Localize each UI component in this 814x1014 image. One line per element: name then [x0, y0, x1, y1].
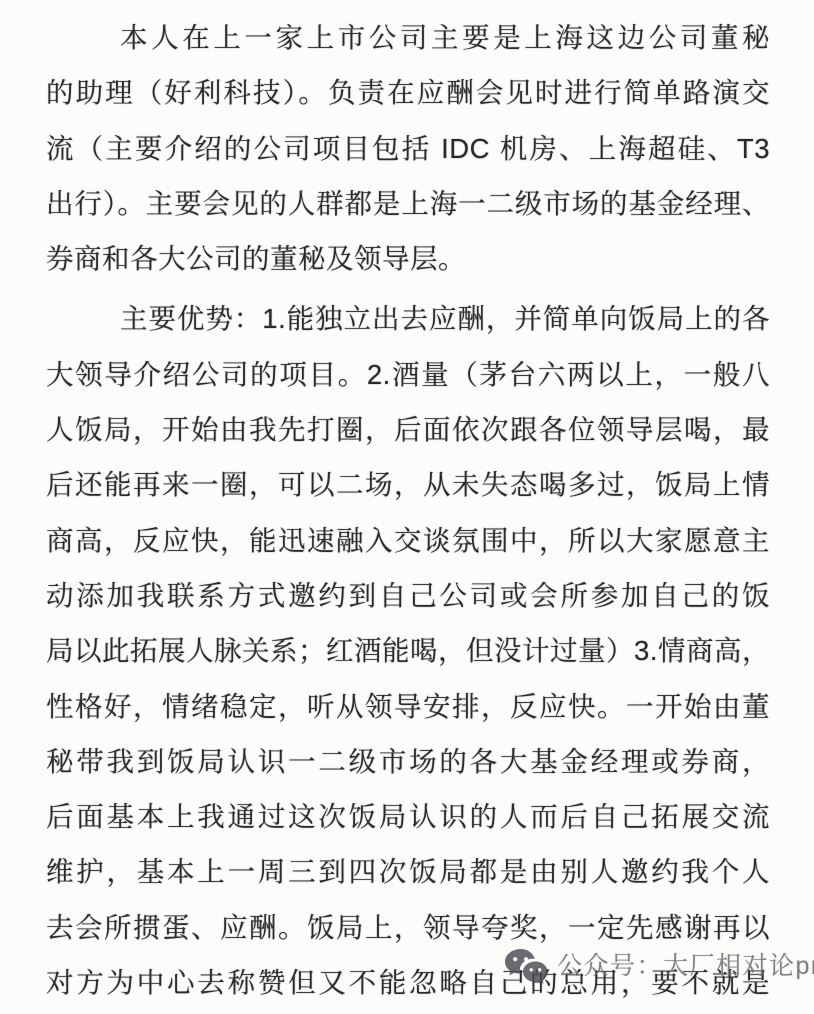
document-text: 本人在上一家上市公司主要是上海这边公司董秘 的助理（好利科技）。负责在应酬会见时… — [46, 10, 770, 1010]
text-line: 流（主要介绍的公司项目包括 IDC 机房、上海超硅、T3 — [46, 121, 770, 176]
text-line: 出行）。主要会见的人群都是上海一二级市场的基金经理、 — [46, 176, 770, 231]
text-line: 人饭局，开始由我先打圈，后面依次跟各位领导层喝，最 — [46, 402, 770, 457]
text-line: 后还能再来一圈，可以二场，从未失态喝多过，饭局上情 — [46, 457, 770, 512]
text-line: 本人在上一家上市公司主要是上海这边公司董秘 — [46, 10, 770, 65]
text-line: 大领导介绍公司的项目。2.酒量（茅台六两以上，一般八 — [46, 347, 770, 402]
text-line: 动添加我联系方式邀约到自己公司或会所参加自己的饭 — [46, 568, 770, 623]
text-line: 券商和各大公司的董秘及领导层。 — [46, 231, 770, 286]
text-line: 后面基本上我通过这次饭局认识的人而后自己拓展交流 — [46, 789, 770, 844]
text-line: 秘带我到饭局认识一二级市场的各大基金经理或券商， — [46, 734, 770, 789]
document-photo: 本人在上一家上市公司主要是上海这边公司董秘 的助理（好利科技）。负责在应酬会见时… — [0, 0, 814, 1014]
text-line: 商高，反应快，能迅速融入交谈氛围中，所以大家愿意主 — [46, 513, 770, 568]
text-line: 维护，基本上一周三到四次饭局都是由别人邀约我个人 — [46, 844, 770, 899]
text-line: 主要优势：1.能独立出去应酬，并简单向饭局上的各 — [46, 291, 770, 346]
text-line: 对方为中心去称赞但又不能忽略自己的总用，要不就是 — [46, 955, 770, 1010]
text-line: 性格好，情绪稳定，听从领导安排，反应快。一开始由董 — [46, 679, 770, 734]
text-line: 局以此拓展人脉关系；红酒能喝，但没计过量）3.情商高， — [46, 623, 770, 678]
text-line: 去会所掼蛋、应酬。饭局上，领导夸奖，一定先感谢再以 — [46, 900, 770, 955]
text-line: 的助理（好利科技）。负责在应酬会见时进行简单路演交 — [46, 65, 770, 120]
